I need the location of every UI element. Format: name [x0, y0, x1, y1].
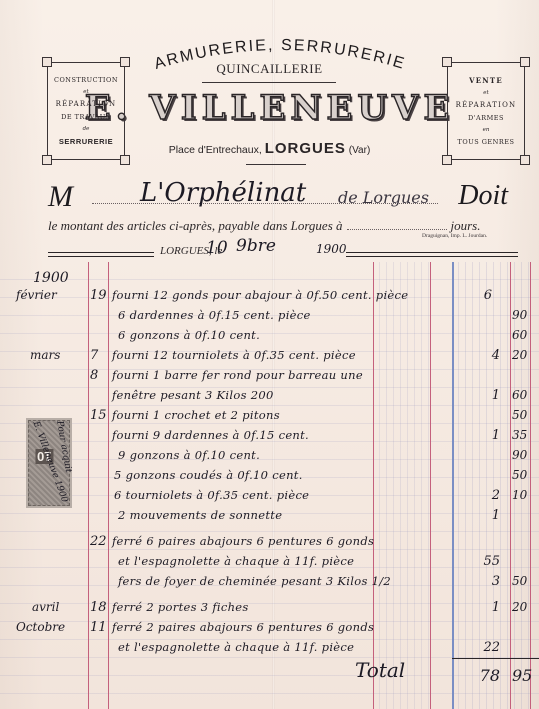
date-month: 9bre	[236, 236, 276, 256]
row-description: fers de foyer de cheminée pesant 3 Kilos…	[118, 574, 391, 588]
total-cents: 95	[512, 666, 532, 685]
corner-ornament	[120, 155, 130, 165]
row-month: mars	[30, 348, 60, 362]
addressee-name-suffix: de Lorgues	[338, 188, 429, 207]
ledger-row: mars 7 fourni 12 tourniolets à 0f.35 cen…	[0, 348, 539, 366]
addressee-name: L'Orphélinat	[140, 178, 306, 208]
row-cents: 90	[512, 308, 527, 322]
corner-ornament	[120, 57, 130, 67]
row-description: ferré 2 paires abajours 6 pentures 6 gon…	[112, 620, 374, 634]
payment-terms: le montant des articles ci-après, payabl…	[48, 218, 481, 234]
box-text: CONSTRUCTION	[54, 76, 118, 84]
addressee-line: M L'Orphélinat de Lorgues Doit	[48, 180, 508, 210]
row-description: 2 mouvements de sonnette	[118, 508, 282, 522]
box-text: et	[83, 89, 88, 95]
ornament-rule	[202, 82, 336, 83]
row-cents: 90	[512, 448, 527, 462]
row-francs: 1	[470, 428, 500, 443]
terms-text-end: jours.	[451, 218, 481, 233]
box-text: DE TRAVAUX	[61, 113, 111, 121]
row-cents: 60	[512, 388, 527, 402]
trade-title: ARMURERIE, SERRURERIE	[150, 34, 410, 64]
invoice-page: ARMURERIE, SERRURERIE QUINCAILLERIE E. V…	[0, 0, 539, 709]
ledger-row: février 19 fourni 12 gonds pour abajour …	[0, 288, 539, 306]
row-francs: 3	[470, 574, 500, 589]
ledger-row: Octobre 11 ferré 2 paires abajours 6 pen…	[0, 620, 539, 638]
days-field	[347, 229, 447, 230]
row-description: ferré 2 portes 3 fiches	[112, 600, 249, 614]
row-day: 15	[90, 408, 107, 423]
box-text: TOUS GENRES	[458, 138, 515, 146]
ledger-row: 5 gonzons coudés à 0f.10 cent. 50	[0, 468, 539, 486]
row-francs: 1	[470, 388, 500, 403]
ledger-row: avril 18 ferré 2 portes 3 fiches 1 20	[0, 600, 539, 618]
row-description: fourni 12 tourniolets à 0f.35 cent. pièc…	[112, 348, 356, 362]
row-description: 5 gonzons coudés à 0f.10 cent.	[114, 468, 303, 482]
terms-text: le montant des articles ci-après, payabl…	[48, 218, 343, 233]
row-description: 6 tourniolets à 0f.35 cent. pièce	[114, 488, 309, 502]
ledger-row: 22 ferré 6 paires abajours 6 pentures 6 …	[0, 534, 539, 552]
ledger-row: 6 gonzons à 0f.10 cent. 60	[0, 328, 539, 346]
row-description: fenêtre pesant 3 Kilos 200	[112, 388, 274, 402]
doit-label: Doit	[458, 180, 508, 212]
services-box-right: VENTE et RÉPARATION D'ARMES en TOUS GENR…	[447, 62, 525, 160]
row-francs: 6	[462, 288, 492, 303]
row-month: Octobre	[16, 620, 65, 634]
row-francs: 55	[470, 554, 500, 569]
row-day: 22	[90, 534, 107, 549]
row-day: 19	[90, 288, 107, 303]
total-rule	[452, 658, 539, 659]
row-description: et l'espagnolette à chaque à 11f. pièce	[118, 640, 354, 654]
corner-ornament	[442, 57, 452, 67]
row-description: ferré 6 paires abajours 6 pentures 6 gon…	[112, 534, 374, 548]
double-rule	[346, 252, 518, 257]
box-text: RÉPARATION	[456, 101, 517, 109]
ledger-row: et l'espagnolette à chaque à 11f. pièce …	[0, 554, 539, 572]
row-cents: 10	[512, 488, 527, 502]
ledger-row: fourni 9 dardennes à 0f.15 cent. 1 35	[0, 428, 539, 446]
box-text: VENTE	[469, 76, 503, 85]
box-text: SERRURERIE	[59, 137, 113, 146]
row-description: fourni 9 dardennes à 0f.15 cent.	[112, 428, 309, 442]
corner-ornament	[520, 57, 530, 67]
printer-credit: Draguignan, Imp. L. Jourdan.	[422, 233, 487, 239]
box-text: et	[483, 90, 488, 96]
row-description: 6 gonzons à 0f.10 cent.	[118, 328, 260, 342]
ledger-row: 9 gonzons à 0f.10 cent. 90	[0, 448, 539, 466]
ledger-row: 6 tourniolets à 0f.35 cent. pièce 2 10	[0, 488, 539, 506]
date-day: 10	[206, 238, 228, 258]
double-rule	[48, 252, 154, 257]
total-row: 78 95	[0, 666, 539, 684]
ledger-row: fers de foyer de cheminée pesant 3 Kilos…	[0, 574, 539, 592]
row-description: et l'espagnolette à chaque à 11f. pièce	[118, 554, 354, 568]
row-francs: 2	[470, 488, 500, 503]
services-box-left: CONSTRUCTION et RÉPARATION DE TRAVAUX de…	[47, 62, 125, 160]
row-cents: 20	[512, 600, 527, 614]
ledger-table: 1900 février 19 fourni 12 gonds pour aba…	[0, 262, 539, 709]
total-francs: 78	[470, 666, 500, 685]
ledger-row: 15 fourni 1 crochet et 2 pitons 50	[0, 408, 539, 426]
row-description: fourni 1 crochet et 2 pitons	[112, 408, 280, 422]
corner-ornament	[442, 155, 452, 165]
ledger-row: 8 fourni 1 barre fer rond pour barreau u…	[0, 368, 539, 386]
box-text: de	[83, 126, 90, 132]
ledger-row: 2 mouvements de sonnette 1	[0, 508, 539, 526]
date-line: LORGUES, le 10 9bre 1900	[48, 246, 518, 260]
box-text: D'ARMES	[468, 114, 504, 122]
date-year: 1900	[316, 242, 347, 256]
ledger-row: fenêtre pesant 3 Kilos 200 1 60	[0, 388, 539, 406]
addressee-prefix: M	[48, 180, 73, 214]
row-cents: 50	[512, 468, 527, 482]
row-cents: 20	[512, 348, 527, 362]
address-street: Place d'Entrechaux,	[169, 144, 262, 156]
ledger-year: 1900	[33, 270, 69, 286]
ornament-rule	[246, 164, 306, 165]
row-month: février	[16, 288, 57, 302]
row-day: 18	[90, 600, 107, 615]
ledger-row: et l'espagnolette à chaque à 11f. pièce …	[0, 640, 539, 658]
row-cents: 35	[512, 428, 527, 442]
row-day: 7	[90, 348, 98, 363]
row-cents: 60	[512, 328, 527, 342]
row-francs: 1	[470, 508, 500, 523]
row-description: fourni 12 gonds pour abajour à 0f.50 cen…	[112, 288, 408, 302]
address-city: LORGUES	[265, 140, 346, 157]
box-text: RÉPARATION	[56, 100, 117, 108]
row-description: 6 dardennes à 0f.15 cent. pièce	[118, 308, 311, 322]
corner-ornament	[42, 57, 52, 67]
corner-ornament	[42, 155, 52, 165]
row-description: fourni 1 barre fer rond pour barreau une	[112, 368, 363, 382]
row-cents: 50	[512, 408, 527, 422]
row-francs: 22	[470, 640, 500, 655]
row-cents: 50	[512, 574, 527, 588]
corner-ornament	[520, 155, 530, 165]
address-department: (Var)	[349, 145, 370, 156]
row-day: 8	[90, 368, 98, 383]
box-text: en	[483, 127, 490, 133]
row-francs: 1	[470, 600, 500, 615]
row-month: avril	[32, 600, 59, 614]
row-description: 9 gonzons à 0f.10 cent.	[118, 448, 260, 462]
row-day: 11	[90, 620, 107, 635]
ledger-row: 6 dardennes à 0f.15 cent. pièce 90	[0, 308, 539, 326]
row-francs: 4	[470, 348, 500, 363]
